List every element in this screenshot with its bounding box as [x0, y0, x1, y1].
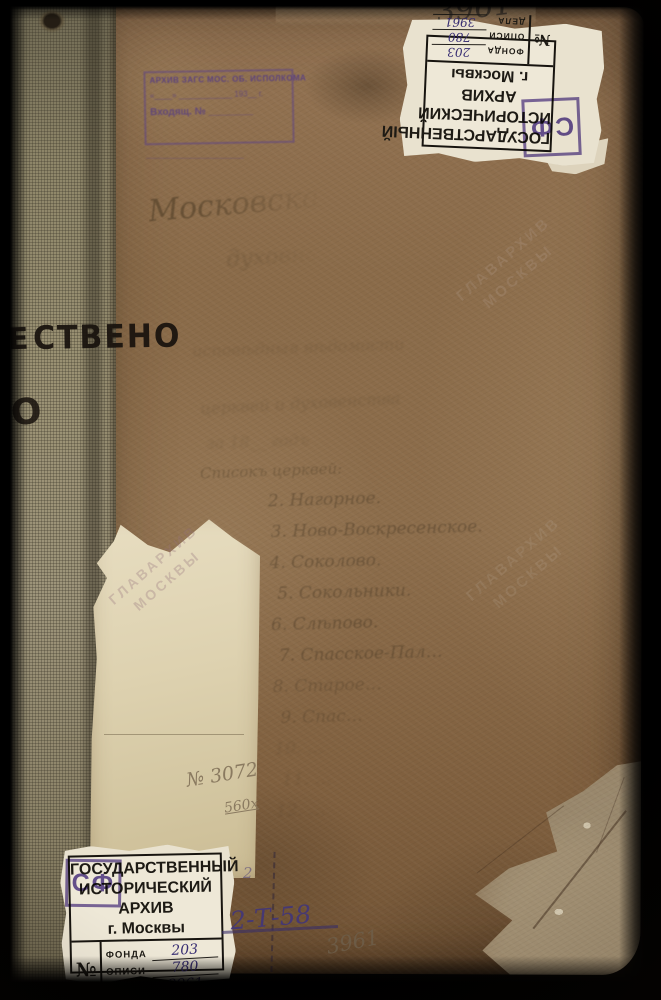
church-list: 2. Нагорное. 3. Ново-Воскресенское. 4. С…	[268, 485, 527, 832]
opis-label: ОПИСИ	[486, 30, 524, 42]
small-ink-note: 2	[243, 864, 253, 882]
sf-stamp: СФ	[521, 97, 581, 157]
incoming-stamp-line3: Входящ. № ________	[150, 105, 288, 118]
delo-label: ДЕЛА	[106, 983, 152, 995]
spine-marker-letter-o: О	[9, 391, 44, 435]
faded-line: за 18__ годъ	[206, 430, 310, 453]
delo-row: ДЕЛА 3961	[106, 976, 218, 995]
crack-line	[533, 810, 627, 929]
archive-label-bottom: ГОСУДАРСТВЕННЫЙ ИСТОРИЧЕСКИЙ АРХИВ г. Мо…	[63, 848, 234, 979]
delo-value: 3961	[152, 974, 219, 995]
crack-line	[596, 777, 625, 852]
org-name-line3: г. Москвы	[71, 917, 221, 940]
label-body: № ФОНДА 203 ОПИСИ 780 ДЕЛА 3961	[72, 939, 223, 997]
label-rows: ФОНДА 203 ОПИСИ 780 ДЕЛА 3961	[427, 11, 529, 64]
archive-label-top: ГОСУДАРСТВЕННЫЙ ИСТОРИЧЕСКИЙ АРХИВ г. Мо…	[401, 22, 603, 162]
number-sign: №	[72, 942, 103, 998]
fond-value: 203	[432, 44, 486, 59]
incoming-stamp-line2: «____» ____________ 193__ г.	[150, 89, 288, 100]
archive-cover-photo: Е СТВЕНО О 3961 АРХИВ ЗАГС МОС. ОБ. ИСПО…	[0, 0, 661, 1000]
incoming-stamp-line1: АРХИВ ЗАГС МОС. ОБ. ИСПОЛКОМА	[149, 74, 287, 85]
number-sign: №	[527, 15, 555, 65]
opis-value: 780	[432, 29, 486, 44]
pencil-line	[104, 734, 244, 735]
label-body: № ФОНДА 203 ОПИСИ 780 ДЕЛА 3961	[427, 11, 555, 65]
label-rows: ФОНДА 203 ОПИСИ 780 ДЕЛА 3961	[102, 939, 223, 997]
delo-label: ДЕЛА	[487, 15, 525, 27]
list-item: 12. …	[276, 795, 527, 833]
spine-marker-text: СТВЕНО	[33, 317, 182, 357]
spine-hole	[38, 9, 66, 33]
incoming-stamp: АРХИВ ЗАГС МОС. ОБ. ИСПОЛКОМА «____» ___…	[143, 69, 294, 146]
sf-stamp: СФ	[65, 859, 122, 908]
delo-value: 3961	[433, 14, 487, 29]
spine-marker-partial: Е	[7, 322, 29, 358]
incoming-stamp-line4: ______________________	[146, 150, 244, 159]
fond-label: ФОНДА	[486, 45, 524, 57]
